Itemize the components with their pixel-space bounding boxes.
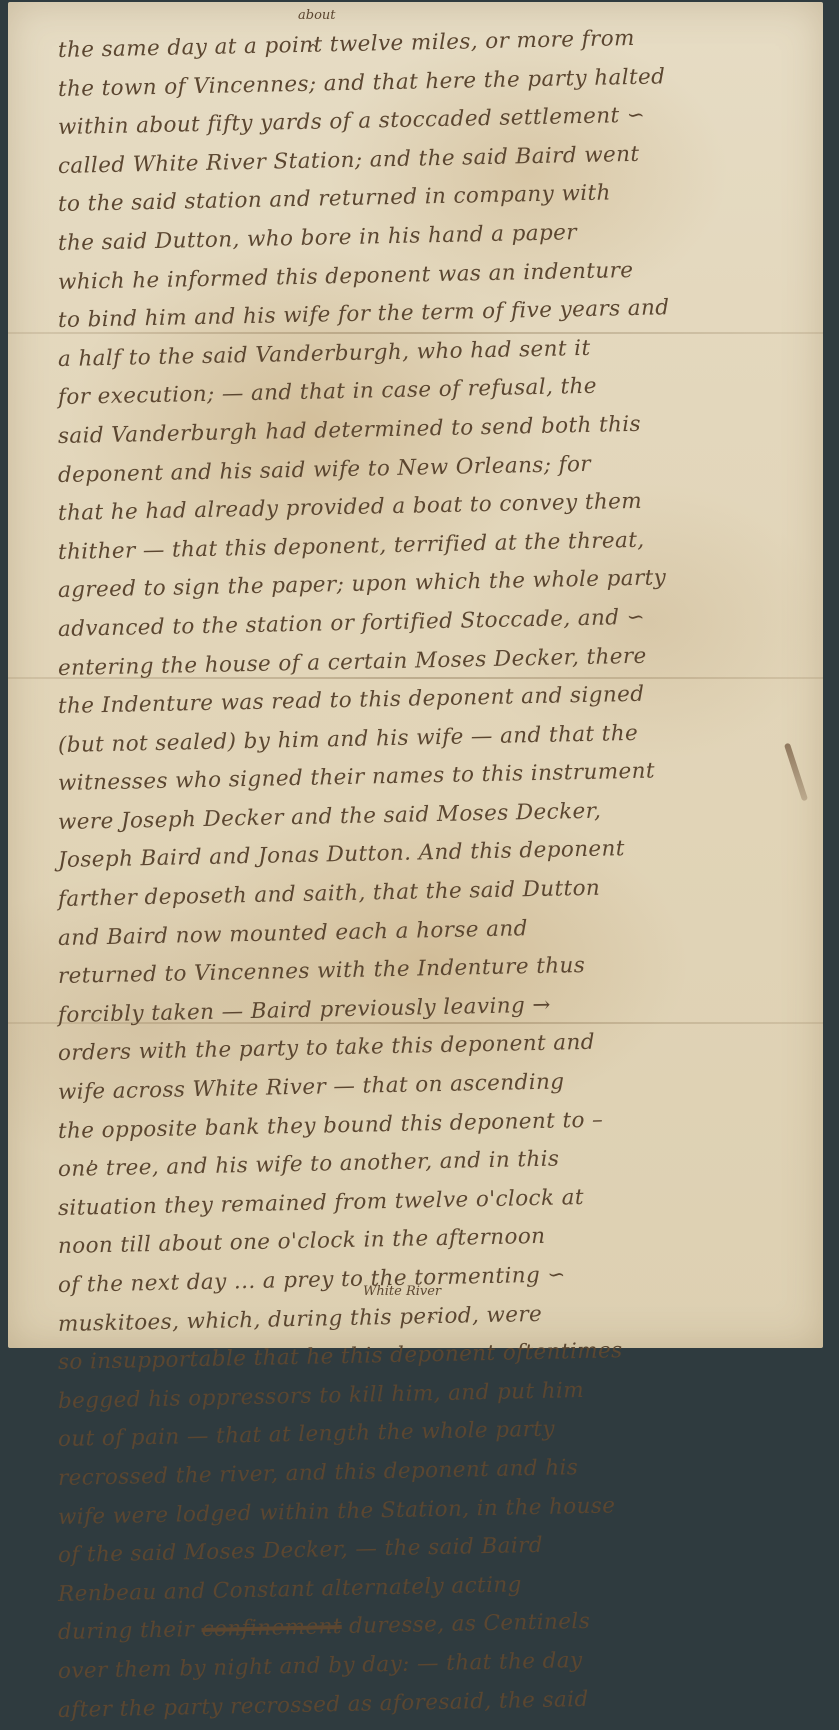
manuscript-page: about ^ ʼ the same day at a point twelve… (8, 2, 823, 1348)
insertion-caret: ^ (426, 1314, 436, 1328)
interlinear-insertion-white-river: White River (363, 1284, 441, 1299)
interlinear-insertion-about: about (298, 8, 336, 23)
manuscript-text: the same day at a point twelve miles, or… (58, 32, 828, 1356)
